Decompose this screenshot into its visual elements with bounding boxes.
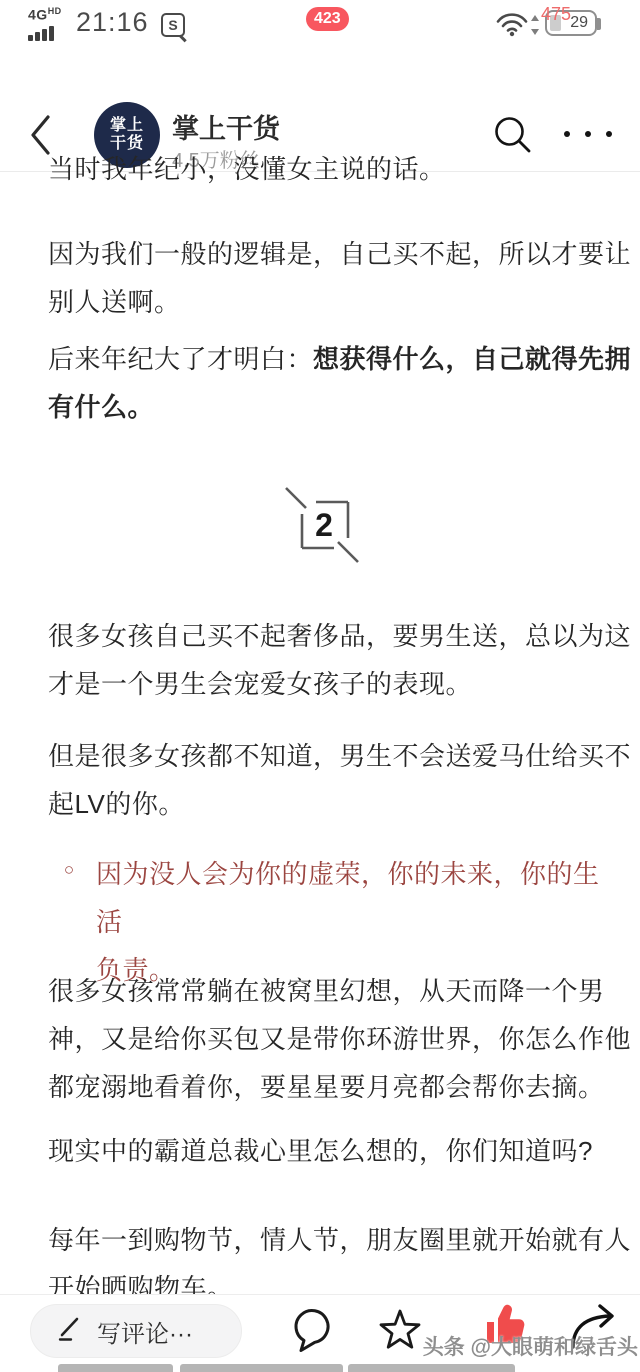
comment-placeholder: 写评论··· (97, 1314, 193, 1349)
app-screen: 4GHD 21:16 S 29 掌上 干货 (0, 0, 640, 1372)
paragraph-1: 当时我年纪小，没懂女主说的话。 (48, 145, 634, 193)
chapter-number: 2 (315, 507, 333, 543)
paragraph-5: 但是很多女孩都不知道，男生不会送爱马仕给买不 起LV的你。 (48, 732, 634, 828)
clock-time: 21:16 (76, 7, 149, 38)
battery-percent: 29 (570, 14, 588, 32)
paragraph-7: 现实中的霸道总裁心里怎么想的，你们知道吗? (48, 1127, 634, 1175)
network-type-label: 4G (28, 7, 48, 23)
hd-badge: HD (48, 6, 62, 16)
keyboard-peek-segment (348, 1364, 515, 1372)
article-header: 掌上 干货 掌上干货 4.5万粉丝 (0, 45, 640, 127)
paragraph-2: 因为我们一般的逻辑是，自己买不起，所以才要让 别人送啊。 (48, 230, 634, 326)
wifi-icon (496, 11, 528, 42)
like-count: 475 (541, 4, 571, 25)
more-menu-icon[interactable] (564, 131, 612, 137)
paragraph-3: 后来年纪大了才明白：想获得什么，自己就得先拥 有什么。 (48, 335, 634, 431)
data-transfer-arrows-icon (531, 15, 539, 35)
avatar-text-line1: 掌上 (110, 117, 144, 135)
comment-button[interactable] (288, 1305, 340, 1362)
paragraph-6: 很多女孩常常躺在被窝里幻想，从天而降一个男 神，又是给你买包又是带你环游世界，你… (48, 967, 634, 1111)
keyboard-peek-segment (180, 1364, 343, 1372)
pencil-icon (57, 1316, 83, 1347)
paragraph-4: 很多女孩自己买不起奢侈品，要男生送，总以为这 才是一个男生会宠爱女孩子的表现。 (48, 612, 634, 708)
comment-input[interactable]: 写评论··· (30, 1304, 242, 1358)
toutiao-watermark: 头条 @大眼萌和绿舌头 (423, 1331, 638, 1361)
paragraph-3-normal: 后来年纪大了才明白： (48, 344, 313, 374)
keyboard-peek-segment (58, 1364, 173, 1372)
author-name[interactable]: 掌上干货 (172, 107, 280, 146)
chapter-marker: 2 (278, 486, 368, 576)
cellular-signal-icon: 4GHD (28, 4, 62, 41)
comment-count-badge: 423 (306, 7, 349, 31)
screenshot-s-icon: S (161, 13, 185, 37)
favorite-star-icon[interactable] (376, 1305, 424, 1358)
signal-bars-icon (28, 25, 62, 41)
